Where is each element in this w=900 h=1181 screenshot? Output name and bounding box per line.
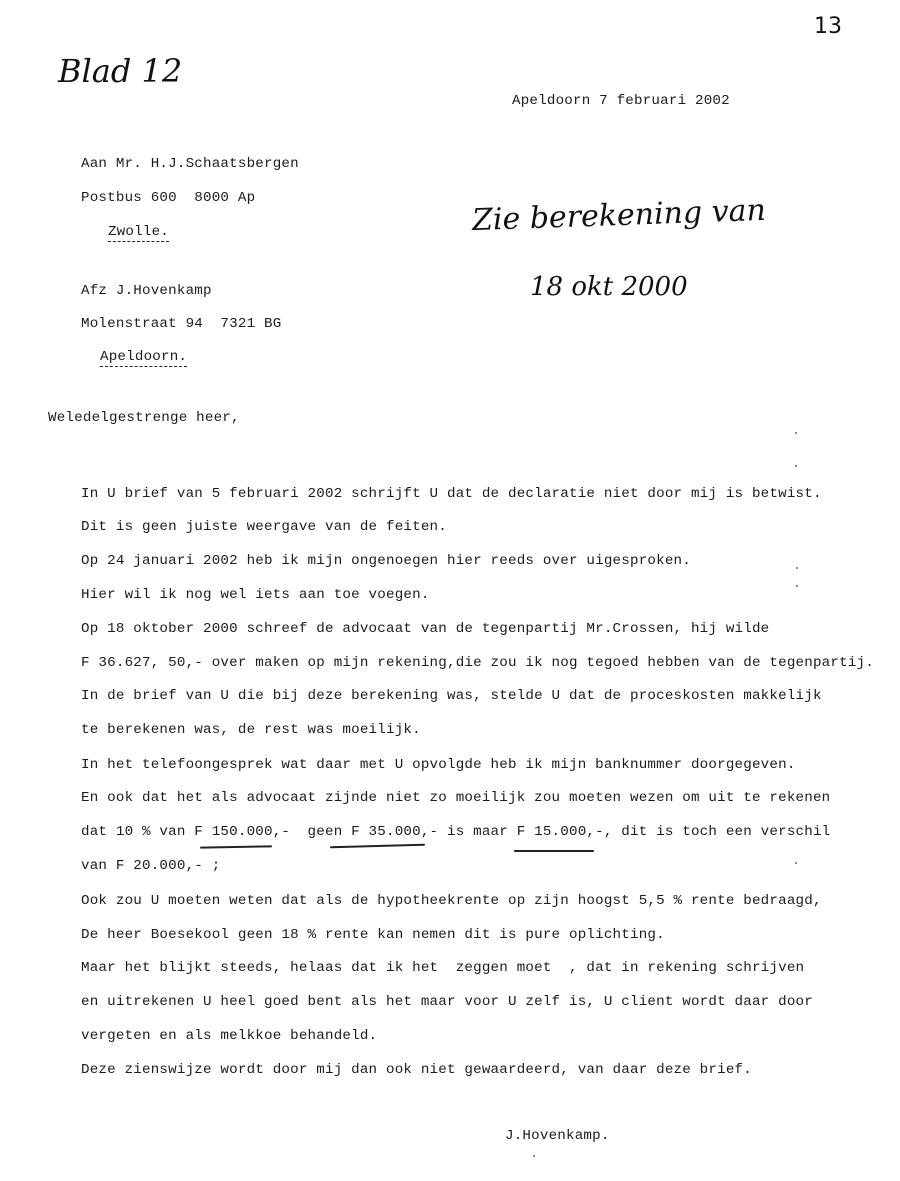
amount-underline	[330, 844, 425, 848]
body-line: En ook dat het als advocaat zijnde niet …	[81, 790, 830, 806]
body-line: Hier wil ik nog wel iets aan toe voegen.	[81, 587, 430, 603]
scan-speck	[795, 862, 797, 864]
body-line: Op 24 januari 2002 heb ik mijn ongenoege…	[81, 553, 691, 569]
salutation: Weledelgestrenge heer,	[48, 410, 240, 426]
body-line: vergeten en als melkkoe behandeld.	[81, 1028, 377, 1044]
scan-speck	[796, 585, 798, 587]
body-line: Deze zienswijze wordt door mij dan ook n…	[81, 1062, 752, 1078]
page-number-annotation: 13	[814, 14, 842, 39]
body-line: In de brief van U die bij deze berekenin…	[81, 688, 822, 704]
body-line: In het telefoongesprek wat daar met U op…	[81, 757, 796, 773]
margin-note-line-1: Zie berekening van	[471, 193, 766, 238]
margin-note-line-2: 18 okt 2000	[530, 272, 688, 302]
recipient-address: Postbus 600 8000 Ap	[81, 190, 255, 206]
body-line: F 36.627, 50,- over maken op mijn rekeni…	[81, 655, 874, 671]
scan-speck	[796, 567, 798, 569]
scan-speck	[533, 1155, 535, 1157]
sender-name: Afz J.Hovenkamp	[81, 283, 212, 299]
body-line: In U brief van 5 februari 2002 schrijft …	[81, 486, 822, 502]
body-line: De heer Boesekool geen 18 % rente kan ne…	[81, 927, 665, 943]
recipient-city: Zwolle.	[108, 224, 169, 242]
scan-speck	[795, 465, 797, 467]
body-line: te berekenen was, de rest was moeilijk.	[81, 722, 421, 738]
body-line: van F 20.000,- ;	[81, 858, 220, 874]
recipient-name: Aan Mr. H.J.Schaatsbergen	[81, 156, 299, 172]
body-line: Ook zou U moeten weten dat als de hypoth…	[81, 893, 822, 909]
scanned-letter-page: 13 Blad 12 Zie berekening van 18 okt 200…	[0, 0, 900, 1181]
amount-underline	[200, 845, 272, 848]
sender-address: Molenstraat 94 7321 BG	[81, 316, 281, 332]
sheet-label-annotation: Blad 12	[58, 52, 182, 90]
body-line: Dit is geen juiste weergave van de feite…	[81, 519, 447, 535]
scan-speck	[795, 432, 797, 434]
body-line: en uitrekenen U heel goed bent als het m…	[81, 994, 813, 1010]
body-line: Op 18 oktober 2000 schreef de advocaat v…	[81, 621, 769, 637]
body-line: Maar het blijkt steeds, helaas dat ik he…	[81, 960, 804, 976]
body-line: dat 10 % van F 150.000,- geen F 35.000,-…	[81, 824, 830, 840]
signature: J.Hovenkamp.	[505, 1128, 610, 1144]
place-date: Apeldoorn 7 februari 2002	[512, 93, 730, 109]
amount-underline	[514, 850, 594, 852]
sender-city: Apeldoorn.	[100, 349, 187, 367]
